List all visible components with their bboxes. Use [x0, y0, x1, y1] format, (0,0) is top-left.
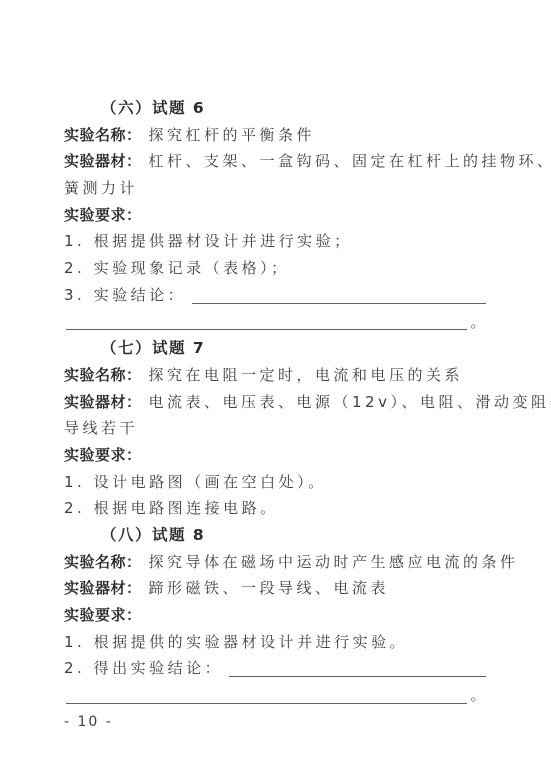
field-text: 探究导体在磁场中运动时产生感应电流的条件 — [149, 549, 519, 576]
list-item-text: 2. 得出实验结论： — [64, 655, 223, 682]
footer: - 10 - — [64, 709, 489, 736]
field-text: 蹄形磁铁、一段导线、电流表 — [149, 575, 390, 602]
field-label: 实验要求： — [64, 202, 142, 229]
period-suffix: 。 — [470, 309, 489, 336]
field-text: 探究杠杆的平衡条件 — [149, 122, 316, 149]
field-label: 实验要求： — [64, 442, 142, 469]
field-text: 导线若干 — [64, 415, 138, 442]
field-row: 实验要求： — [64, 602, 489, 629]
answer-blank-line — [66, 703, 467, 704]
list-item-text: 3. 实验结论： — [64, 282, 186, 309]
section-heading: （七）试题 7 — [64, 335, 489, 362]
field-text: 电流表、电压表、电源（12v）、电阻、滑动变阻器、 — [149, 389, 551, 416]
blank-continuation-row: 。 — [64, 309, 489, 336]
document-page: （六）试题 6 实验名称： 探究杠杆的平衡条件 实验器材： 杠杆、支架、一盒钩码… — [0, 0, 551, 779]
field-row: 实验要求： — [64, 442, 489, 469]
field-row-continuation: 簧测力计 — [64, 175, 489, 202]
list-item: 3. 实验结论： — [64, 282, 489, 309]
section-heading: （八）试题 8 — [64, 522, 489, 549]
answer-blank-line — [192, 303, 486, 304]
list-item: 1. 根据提供的实验器材设计并进行实验。 — [64, 629, 489, 656]
field-label: 实验器材： — [64, 575, 142, 602]
list-item-text: 1. 根据提供的实验器材设计并进行实验。 — [64, 629, 408, 656]
field-row-continuation: 导线若干 — [64, 415, 489, 442]
answer-blank-line — [66, 329, 467, 330]
section-exam-8: （八）试题 8 实验名称： 探究导体在磁场中运动时产生感应电流的条件 实验器材：… — [64, 522, 489, 709]
list-item: 1. 设计电路图（画在空白处）。 — [64, 469, 489, 496]
field-text: 探究在电阻一定时，电流和电压的关系 — [149, 362, 464, 389]
field-label: 实验名称： — [64, 549, 142, 576]
field-label: 实验要求： — [64, 602, 142, 629]
field-text: 杠杆、支架、一盒钩码、固定在杠杆上的挂物环、弹 — [149, 148, 551, 175]
field-row: 实验名称： 探究在电阻一定时，电流和电压的关系 — [64, 362, 489, 389]
section-heading: （六）试题 6 — [64, 95, 489, 122]
field-row: 实验器材： 电流表、电压表、电源（12v）、电阻、滑动变阻器、 — [64, 389, 489, 416]
section-exam-6: （六）试题 6 实验名称： 探究杠杆的平衡条件 实验器材： 杠杆、支架、一盒钩码… — [64, 95, 489, 335]
field-label: 实验器材： — [64, 148, 142, 175]
field-row: 实验名称： 探究杠杆的平衡条件 — [64, 122, 489, 149]
answer-blank-line — [229, 676, 486, 677]
field-label: 实验器材： — [64, 389, 142, 416]
field-row: 实验名称： 探究导体在磁场中运动时产生感应电流的条件 — [64, 549, 489, 576]
list-item-text: 2. 根据电路图连接电路。 — [64, 495, 279, 522]
blank-continuation-row: 。 — [64, 682, 489, 709]
section-exam-7: （七）试题 7 实验名称： 探究在电阻一定时，电流和电压的关系 实验器材： 电流… — [64, 335, 489, 522]
field-label: 实验名称： — [64, 362, 142, 389]
field-row: 实验要求： — [64, 202, 489, 229]
list-item: 2. 得出实验结论： — [64, 655, 489, 682]
list-item: 2. 根据电路图连接电路。 — [64, 495, 489, 522]
field-label: 实验名称： — [64, 122, 142, 149]
field-row: 实验器材： 蹄形磁铁、一段导线、电流表 — [64, 575, 489, 602]
list-item-text: 1. 设计电路图（画在空白处）。 — [64, 469, 327, 496]
page-number: - 10 - — [64, 709, 113, 736]
field-row: 实验器材： 杠杆、支架、一盒钩码、固定在杠杆上的挂物环、弹 — [64, 148, 489, 175]
period-suffix: 。 — [470, 682, 489, 709]
field-text: 簧测力计 — [64, 175, 138, 202]
list-item-text: 2. 实验现象记录（表格）； — [64, 255, 290, 282]
list-item-text: 1. 根据提供器材设计并进行实验； — [64, 228, 353, 255]
list-item: 2. 实验现象记录（表格）； — [64, 255, 489, 282]
list-item: 1. 根据提供器材设计并进行实验； — [64, 228, 489, 255]
